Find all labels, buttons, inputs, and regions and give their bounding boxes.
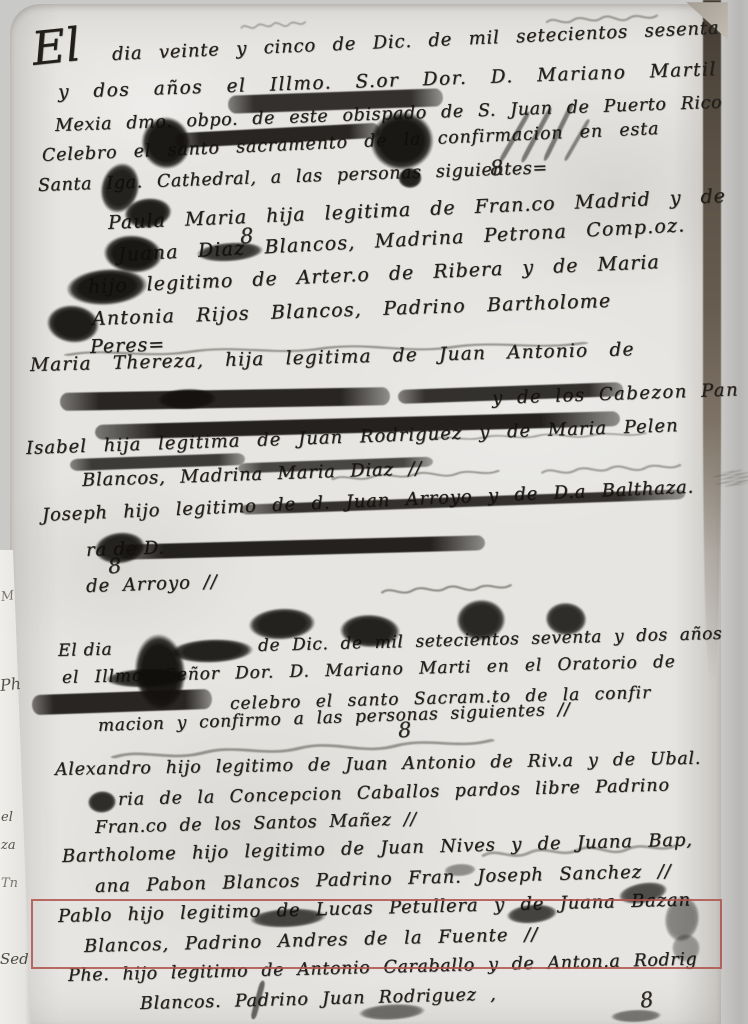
margin-fragment: Ph xyxy=(0,674,22,695)
margin-fragment: za xyxy=(1,838,16,853)
margin-fragment: M xyxy=(0,588,15,605)
book-gutter-background xyxy=(721,0,748,1024)
margin-fragment: el xyxy=(1,810,13,825)
bleedthrough-scribble xyxy=(240,16,311,34)
ink-blot xyxy=(395,165,425,191)
margin-fragment: Tn xyxy=(1,876,18,891)
highlight-annotation-box xyxy=(31,899,722,969)
scanned-register-page: El dia veinte y cinco de Dic. de mil set… xyxy=(0,0,748,1024)
act2-line-1a: El dia xyxy=(58,640,113,661)
section-mark-8: 8 xyxy=(397,718,412,743)
margin-fragment: Sed xyxy=(0,950,29,968)
act1-initial: El xyxy=(29,17,83,76)
